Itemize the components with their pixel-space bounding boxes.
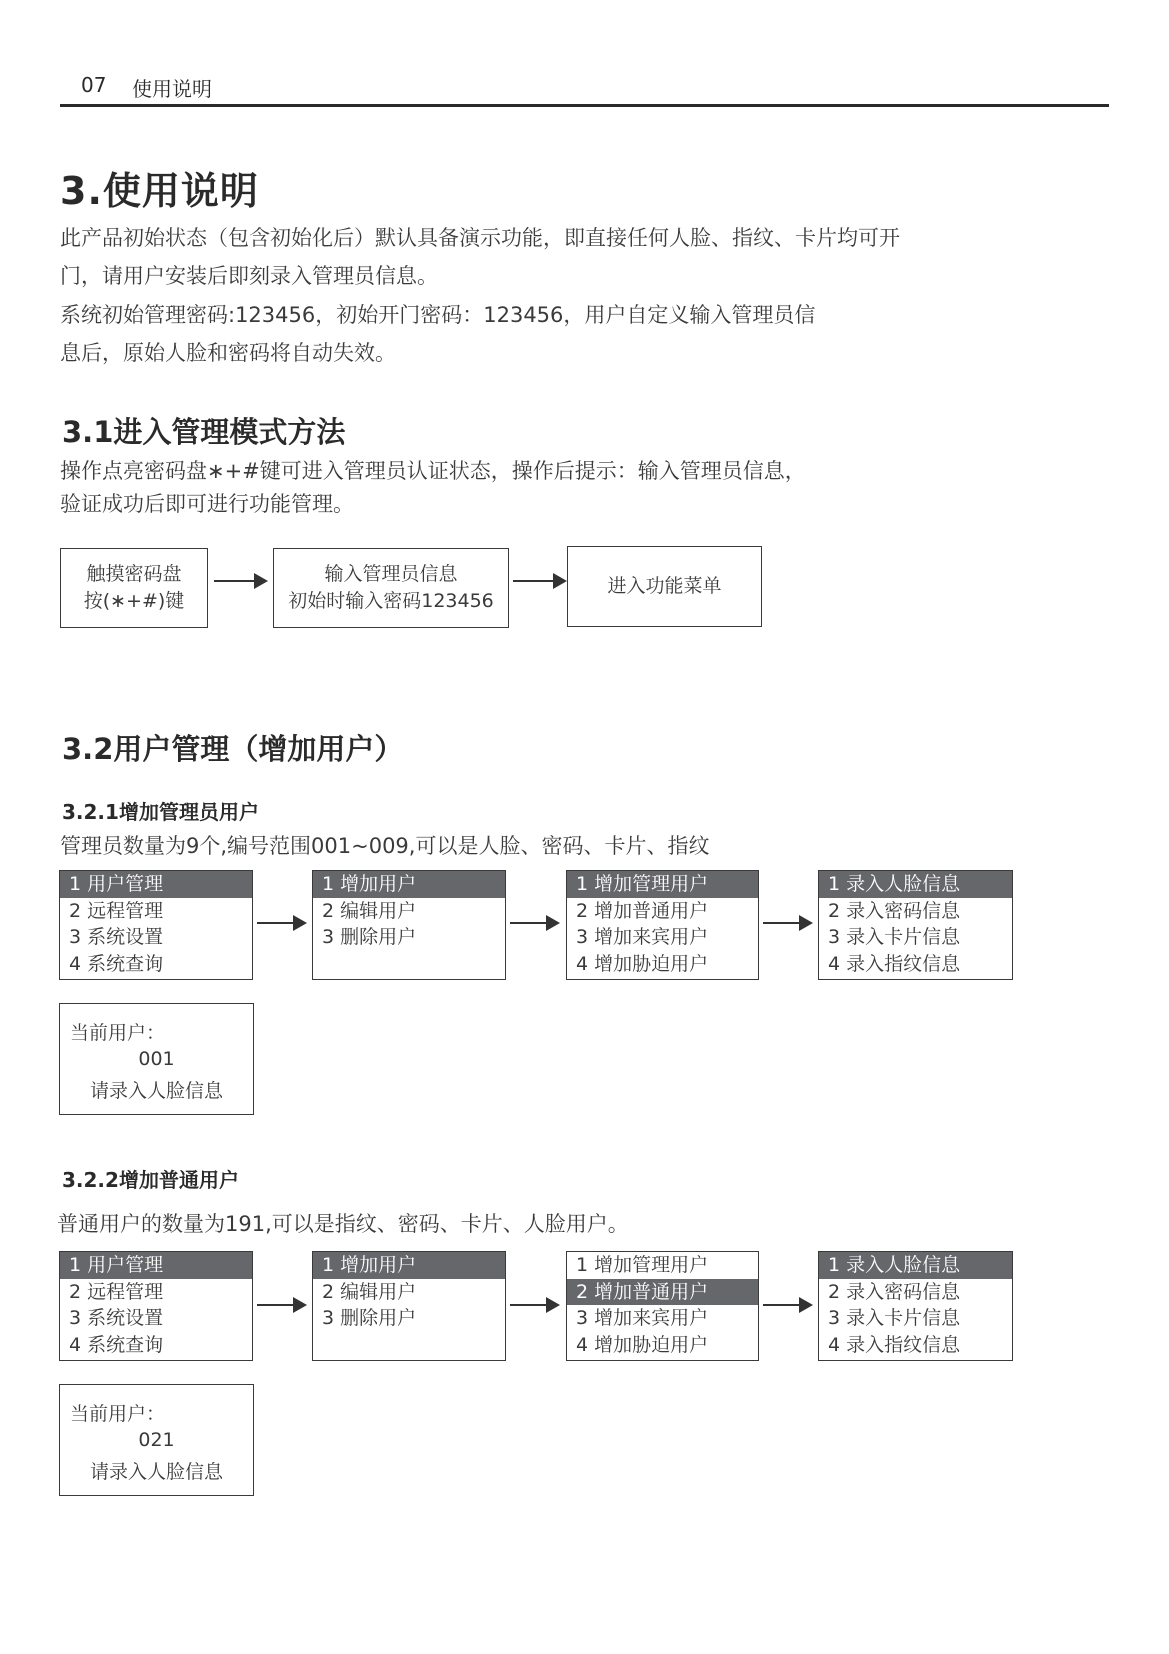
menu-item-add-user[interactable]: 1 增加用户 (313, 1252, 505, 1279)
arrow-right-icon (763, 1304, 811, 1306)
menu-item-edit-user[interactable]: 2 编辑用户 (313, 898, 505, 925)
status-screen: 当前用户： 001 请录入人脸信息 (59, 1003, 254, 1115)
menu-user-management: 1 增加用户 2 编辑用户 3 删除用户 (312, 870, 506, 980)
subsection-title-3-2-1: 3.2.1增加管理员用户 (62, 796, 259, 825)
menu-item-system-settings[interactable]: 3 系统设置 (60, 1305, 252, 1332)
subsection-title-3-1: 3.1进入管理模式方法 (62, 410, 345, 451)
menu-main: 1 用户管理 2 远程管理 3 系统设置 4 系统查询 (59, 1251, 253, 1361)
menu-item-add-user[interactable]: 1 增加用户 (313, 871, 505, 898)
menu-item-enroll-password[interactable]: 2 录入密码信息 (819, 1279, 1012, 1306)
menu-add-user: 1 增加管理用户 2 增加普通用户 3 增加来宾用户 4 增加胁迫用户 (566, 1251, 759, 1361)
method-paragraph-line: 操作点亮密码盘∗+#键可进入管理员认证状态，操作后提示：输入管理员信息， (60, 455, 806, 485)
current-user-id: 021 (60, 1429, 253, 1451)
menu-item-add-guest-user[interactable]: 3 增加来宾用户 (567, 1305, 758, 1332)
menu-item-enroll-fingerprint[interactable]: 4 录入指纹信息 (819, 1332, 1012, 1359)
header-divider (60, 104, 1109, 107)
arrow-right-icon (513, 580, 565, 582)
intro-paragraph-line: 门，请用户安装后即刻录入管理员信息。 (60, 260, 438, 290)
menu-item-enroll-card[interactable]: 3 录入卡片信息 (819, 1305, 1012, 1332)
menu-item-add-guest-user[interactable]: 3 增加来宾用户 (567, 924, 758, 951)
menu-item-user-management[interactable]: 1 用户管理 (60, 871, 252, 898)
arrow-right-icon (510, 1304, 558, 1306)
current-user-label: 当前用户： (70, 1399, 165, 1426)
menu-item-enroll-card[interactable]: 3 录入卡片信息 (819, 924, 1012, 951)
flow-step-function-menu: 进入功能菜单 (567, 546, 762, 627)
menu-main: 1 用户管理 2 远程管理 3 系统设置 4 系统查询 (59, 870, 253, 980)
menu-item-add-normal-user[interactable]: 2 增加普通用户 (567, 898, 758, 925)
menu-enroll-credential: 1 录入人脸信息 2 录入密码信息 3 录入卡片信息 4 录入指纹信息 (818, 1251, 1013, 1361)
menu-item-remote-management[interactable]: 2 远程管理 (60, 1279, 252, 1306)
menu-item-user-management[interactable]: 1 用户管理 (60, 1252, 252, 1279)
menu-item-system-query[interactable]: 4 系统查询 (60, 1332, 252, 1359)
current-user-label: 当前用户： (70, 1018, 165, 1045)
menu-user-management: 1 增加用户 2 编辑用户 3 删除用户 (312, 1251, 506, 1361)
menu-item-system-settings[interactable]: 3 系统设置 (60, 924, 252, 951)
flow-step-touch-keypad: 触摸密码盘 按(∗+#)键 (60, 548, 208, 628)
flow-step-enter-admin-info: 输入管理员信息 初始时输入密码123456 (273, 548, 509, 628)
menu-item-enroll-face[interactable]: 1 录入人脸信息 (819, 871, 1012, 898)
flow-step-line: 初始时输入密码123456 (288, 588, 494, 615)
arrow-right-icon (763, 922, 811, 924)
normal-user-description: 普通用户的数量为191,可以是指纹、密码、卡片、人脸用户。 (57, 1208, 629, 1238)
menu-item-add-normal-user[interactable]: 2 增加普通用户 (567, 1279, 758, 1306)
menu-item-enroll-fingerprint[interactable]: 4 录入指纹信息 (819, 951, 1012, 978)
menu-item-add-duress-user[interactable]: 4 增加胁迫用户 (567, 951, 758, 978)
arrow-right-icon (510, 922, 558, 924)
menu-item-edit-user[interactable]: 2 编辑用户 (313, 1279, 505, 1306)
menu-item-system-query[interactable]: 4 系统查询 (60, 951, 252, 978)
intro-paragraph-line: 系统初始管理密码:123456，初始开门密码：123456，用户自定义输入管理员… (60, 299, 815, 329)
menu-item-delete-user[interactable]: 3 删除用户 (313, 1305, 505, 1332)
header-title: 使用说明 (132, 73, 212, 102)
enroll-prompt: 请录入人脸信息 (60, 1076, 253, 1103)
menu-item-add-duress-user[interactable]: 4 增加胁迫用户 (567, 1332, 758, 1359)
section-title: 3.使用说明 (60, 160, 259, 215)
enroll-prompt: 请录入人脸信息 (60, 1457, 253, 1484)
flow-step-line: 输入管理员信息 (324, 561, 457, 588)
menu-add-user: 1 增加管理用户 2 增加普通用户 3 增加来宾用户 4 增加胁迫用户 (566, 870, 759, 980)
menu-enroll-credential: 1 录入人脸信息 2 录入密码信息 3 录入卡片信息 4 录入指纹信息 (818, 870, 1013, 980)
current-user-id: 001 (60, 1048, 253, 1070)
intro-paragraph-line: 此产品初始状态（包含初始化后）默认具备演示功能，即直接任何人脸、指纹、卡片均可开 (60, 222, 900, 252)
method-paragraph-line: 验证成功后即可进行功能管理。 (60, 488, 354, 518)
menu-item-enroll-password[interactable]: 2 录入密码信息 (819, 898, 1012, 925)
menu-item-enroll-face[interactable]: 1 录入人脸信息 (819, 1252, 1012, 1279)
arrow-right-icon (257, 1304, 305, 1306)
status-screen: 当前用户： 021 请录入人脸信息 (59, 1384, 254, 1496)
menu-item-delete-user[interactable]: 3 删除用户 (313, 924, 505, 951)
admin-user-description: 管理员数量为9个,编号范围001~009,可以是人脸、密码、卡片、指纹 (60, 830, 709, 860)
flow-step-line: 触摸密码盘 (86, 561, 181, 588)
flow-step-line: 按(∗+#)键 (84, 588, 185, 615)
menu-item-add-admin-user[interactable]: 1 增加管理用户 (567, 1252, 758, 1279)
flow-step-line: 进入功能菜单 (607, 573, 721, 600)
menu-item-add-admin-user[interactable]: 1 增加管理用户 (567, 871, 758, 898)
intro-paragraph-line: 息后，原始人脸和密码将自动失效。 (60, 337, 396, 367)
subsection-title-3-2: 3.2用户管理（增加用户） (62, 727, 403, 768)
menu-item-remote-management[interactable]: 2 远程管理 (60, 898, 252, 925)
subsection-title-3-2-2: 3.2.2增加普通用户 (62, 1164, 239, 1193)
arrow-right-icon (257, 922, 305, 924)
arrow-right-icon (214, 580, 266, 582)
page-number: 07 (81, 73, 106, 97)
